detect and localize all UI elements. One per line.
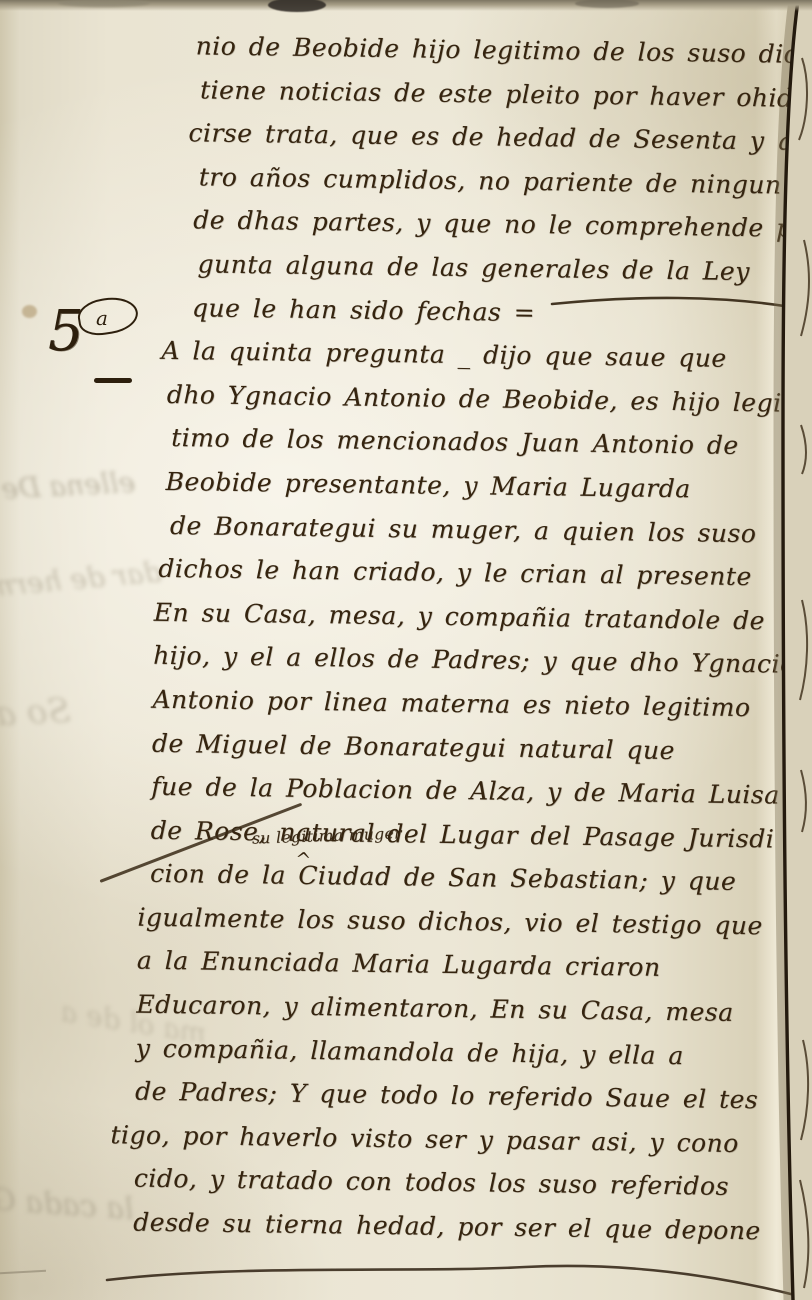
bleedthrough-text: dar de hermib	[0, 551, 163, 610]
manuscript-text: nio de Beobide hijo legitimo de los suso…	[155, 24, 792, 1253]
flourish-loop	[76, 294, 141, 339]
manuscript-line: desde su tierna hedad, por ser el que de…	[133, 1201, 776, 1254]
bleedthrough-text: la cada Gl	[0, 1177, 135, 1232]
paper-stain	[22, 305, 37, 318]
question-number-superscript: a	[96, 308, 108, 328]
underline-dash	[94, 378, 132, 383]
manuscript-page: ellena De m dar de hermib So ad la cada …	[0, 0, 812, 1300]
end-flourish-line	[95, 1258, 811, 1300]
insertion-caret: ^	[294, 850, 312, 871]
margin-stub-line	[0, 1270, 46, 1274]
page-edge-and-next-page	[768, 0, 812, 1300]
margin-question-number: 5 a	[40, 296, 150, 400]
bleedthrough-text: So ad	[0, 686, 72, 742]
question-number: 5	[48, 304, 84, 360]
bleedthrough-text: ellena De m	[0, 462, 136, 513]
